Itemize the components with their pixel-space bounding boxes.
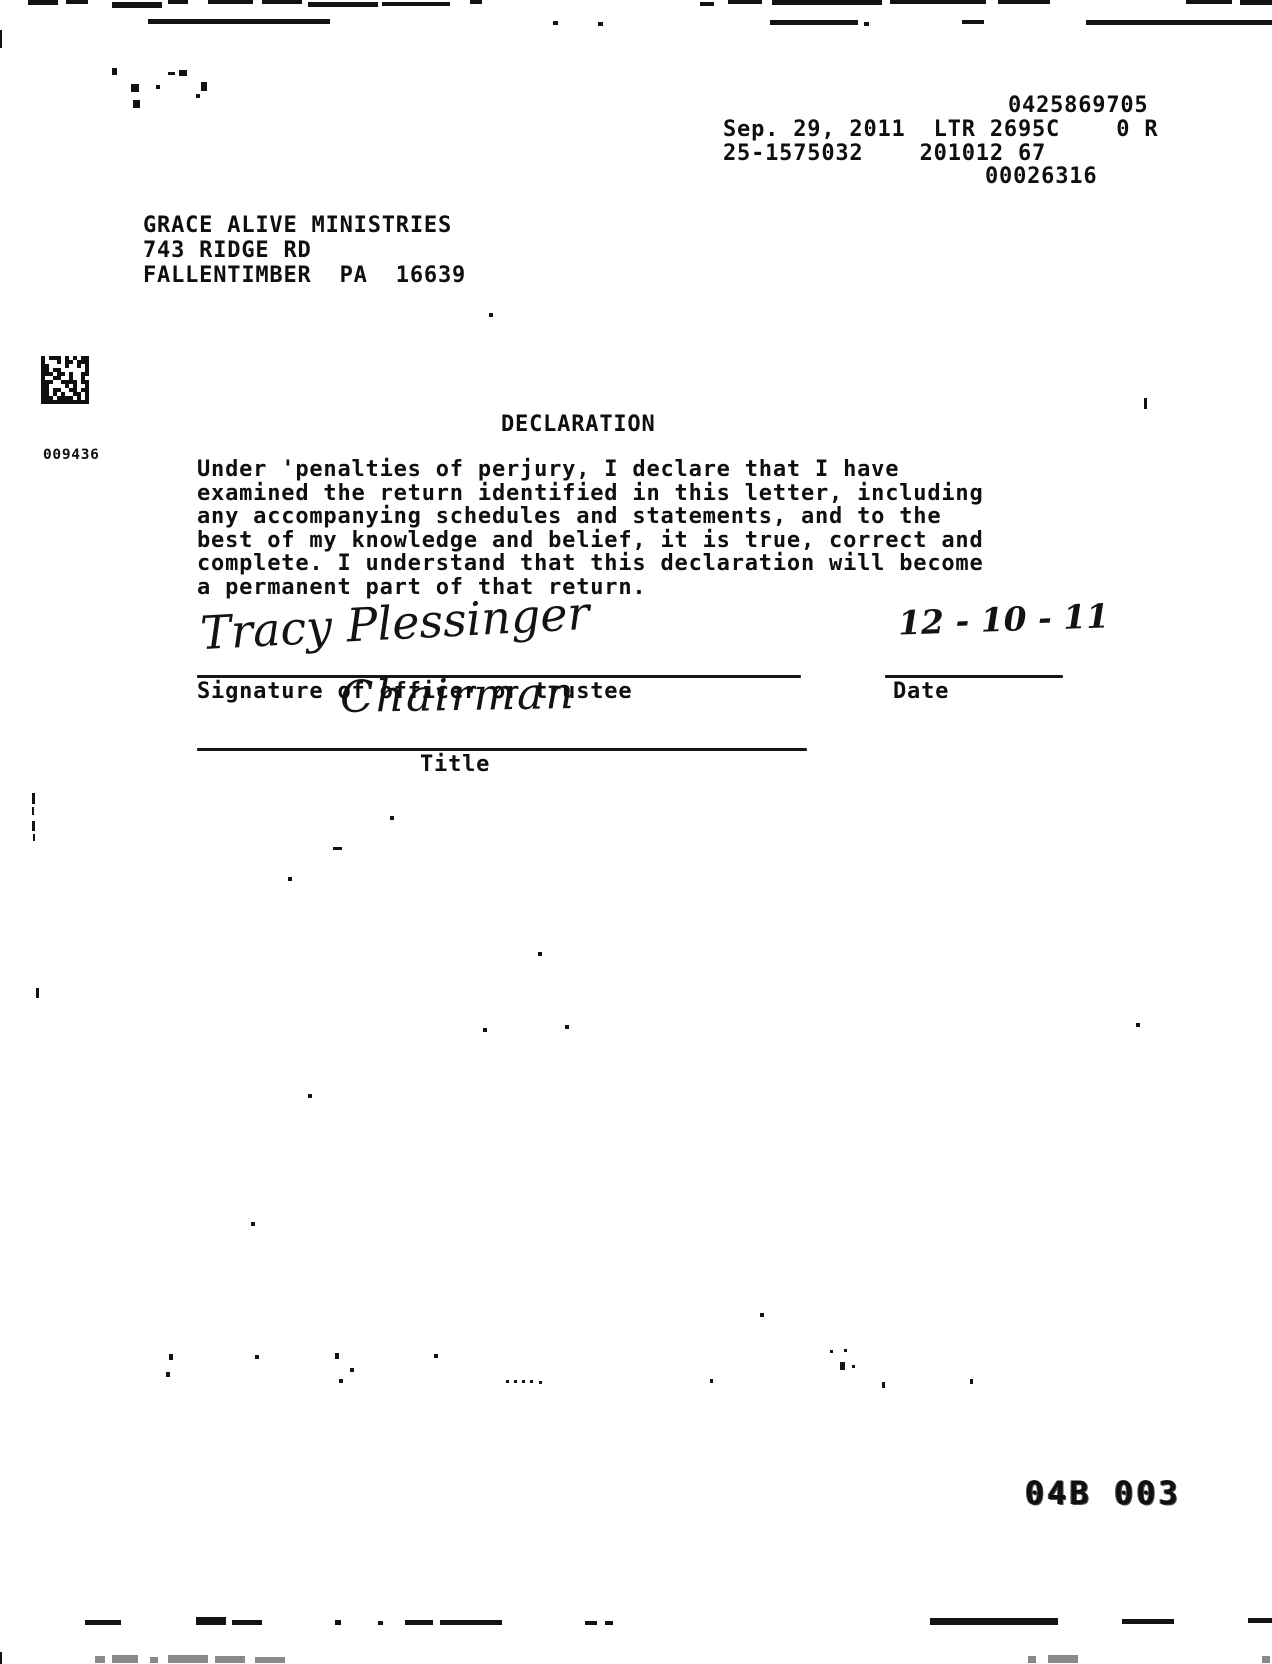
- speck: [710, 1379, 713, 1383]
- speck: [1262, 1656, 1270, 1663]
- speck: [350, 1368, 354, 1372]
- speck: [830, 1350, 833, 1353]
- speck: [112, 68, 117, 75]
- footer-stamp-code: 04B 003: [1025, 1482, 1181, 1506]
- speck: [255, 1355, 259, 1359]
- speck: [506, 1380, 509, 1383]
- speck: [251, 1222, 255, 1226]
- speck: [168, 72, 175, 75]
- speck: [760, 1313, 764, 1317]
- speck: [112, 2, 162, 8]
- signature-label: Signature of officer or trustee: [197, 680, 632, 704]
- speck: [489, 313, 493, 317]
- recipient-name: GRACE ALIVE MINISTRIES: [143, 214, 452, 238]
- speck: [131, 84, 139, 92]
- ref-ein-line: 25-1575032 201012 67: [723, 142, 1046, 166]
- speck: [970, 1379, 973, 1384]
- speck: [1186, 0, 1232, 4]
- speck: [1144, 398, 1147, 409]
- speck: [483, 1028, 487, 1032]
- declaration-body: Under 'penalties of perjury, I declare t…: [197, 458, 984, 600]
- signature-line: [197, 675, 801, 678]
- speck: [33, 834, 35, 841]
- speck: [0, 30, 2, 48]
- speck: [36, 988, 39, 998]
- speck: [201, 82, 207, 91]
- speck: [288, 877, 292, 881]
- date-line: [885, 675, 1063, 678]
- speck: [598, 22, 603, 26]
- speck: [333, 847, 342, 850]
- speck: [962, 20, 984, 24]
- speck: [382, 2, 450, 6]
- speck: [85, 1620, 121, 1625]
- speck: [1136, 1023, 1140, 1027]
- speck: [262, 0, 302, 4]
- speck: [864, 22, 869, 26]
- speck: [1248, 1618, 1272, 1623]
- speck: [998, 0, 1050, 4]
- ref-date-line: Sep. 29, 2011 LTR 2695C 0 R: [723, 118, 1158, 142]
- speck: [112, 1655, 138, 1663]
- handwritten-date: 12 - 10 - 11: [897, 596, 1109, 642]
- speck: [133, 100, 140, 108]
- speck: [150, 1657, 158, 1663]
- speck: [1048, 1655, 1078, 1663]
- speck: [882, 1382, 885, 1388]
- speck: [32, 807, 34, 815]
- speck: [28, 0, 58, 5]
- speck: [168, 1655, 208, 1663]
- speck: [208, 0, 253, 4]
- speck: [169, 1354, 173, 1360]
- scanned-letter-page: 0425869705 Sep. 29, 2011 LTR 2695C 0 R 2…: [0, 0, 1272, 1664]
- speck: [196, 94, 200, 98]
- speck: [32, 793, 35, 804]
- speck: [232, 1620, 262, 1625]
- speck: [1240, 0, 1272, 5]
- recipient-city: FALLENTIMBER PA 16639: [143, 264, 466, 288]
- ref-number: 0425869705: [1008, 94, 1148, 118]
- speck: [553, 21, 558, 25]
- speck: [215, 1656, 245, 1663]
- date-label: Date: [893, 680, 949, 704]
- speck: [840, 1362, 845, 1370]
- speck: [339, 1379, 343, 1383]
- speck: [605, 1621, 613, 1625]
- speck: [890, 0, 986, 4]
- speck: [1122, 1619, 1174, 1624]
- speck: [308, 2, 378, 7]
- speck: [770, 20, 858, 25]
- speck: [522, 1380, 525, 1383]
- speck: [255, 1657, 285, 1663]
- speck: [772, 0, 882, 5]
- speck: [95, 1656, 105, 1663]
- speck: [66, 0, 88, 4]
- speck: [538, 952, 542, 956]
- datamatrix-barcode-icon: [41, 356, 91, 408]
- speck: [308, 1094, 312, 1098]
- speck: [378, 1621, 383, 1625]
- speck: [156, 85, 160, 89]
- speck: [0, 1652, 2, 1664]
- speck: [32, 821, 35, 831]
- speck: [196, 1617, 226, 1625]
- speck: [930, 1618, 1058, 1625]
- speck: [565, 1025, 569, 1029]
- title-label: Title: [420, 753, 490, 777]
- ref-code: 00026316: [985, 165, 1097, 189]
- speck: [434, 1354, 438, 1358]
- speck: [179, 70, 187, 76]
- speck: [1086, 20, 1272, 25]
- speck: [700, 2, 714, 6]
- speck: [440, 1620, 502, 1625]
- recipient-address: 743 RIDGE RD: [143, 239, 312, 263]
- speck: [168, 0, 188, 4]
- dln-number: 009436: [43, 444, 100, 468]
- speck: [335, 1353, 339, 1359]
- speck: [539, 1381, 542, 1384]
- speck: [148, 19, 330, 24]
- speck: [844, 1349, 847, 1352]
- speck: [585, 1621, 597, 1625]
- title-line: [197, 748, 807, 751]
- speck: [405, 1620, 433, 1625]
- speck: [514, 1380, 517, 1383]
- speck: [728, 0, 762, 4]
- speck: [852, 1365, 855, 1368]
- speck: [335, 1620, 341, 1625]
- declaration-heading: DECLARATION: [501, 413, 656, 437]
- speck: [470, 0, 482, 4]
- speck: [390, 816, 394, 820]
- speck: [530, 1380, 533, 1383]
- speck: [1028, 1656, 1036, 1663]
- speck: [166, 1372, 170, 1377]
